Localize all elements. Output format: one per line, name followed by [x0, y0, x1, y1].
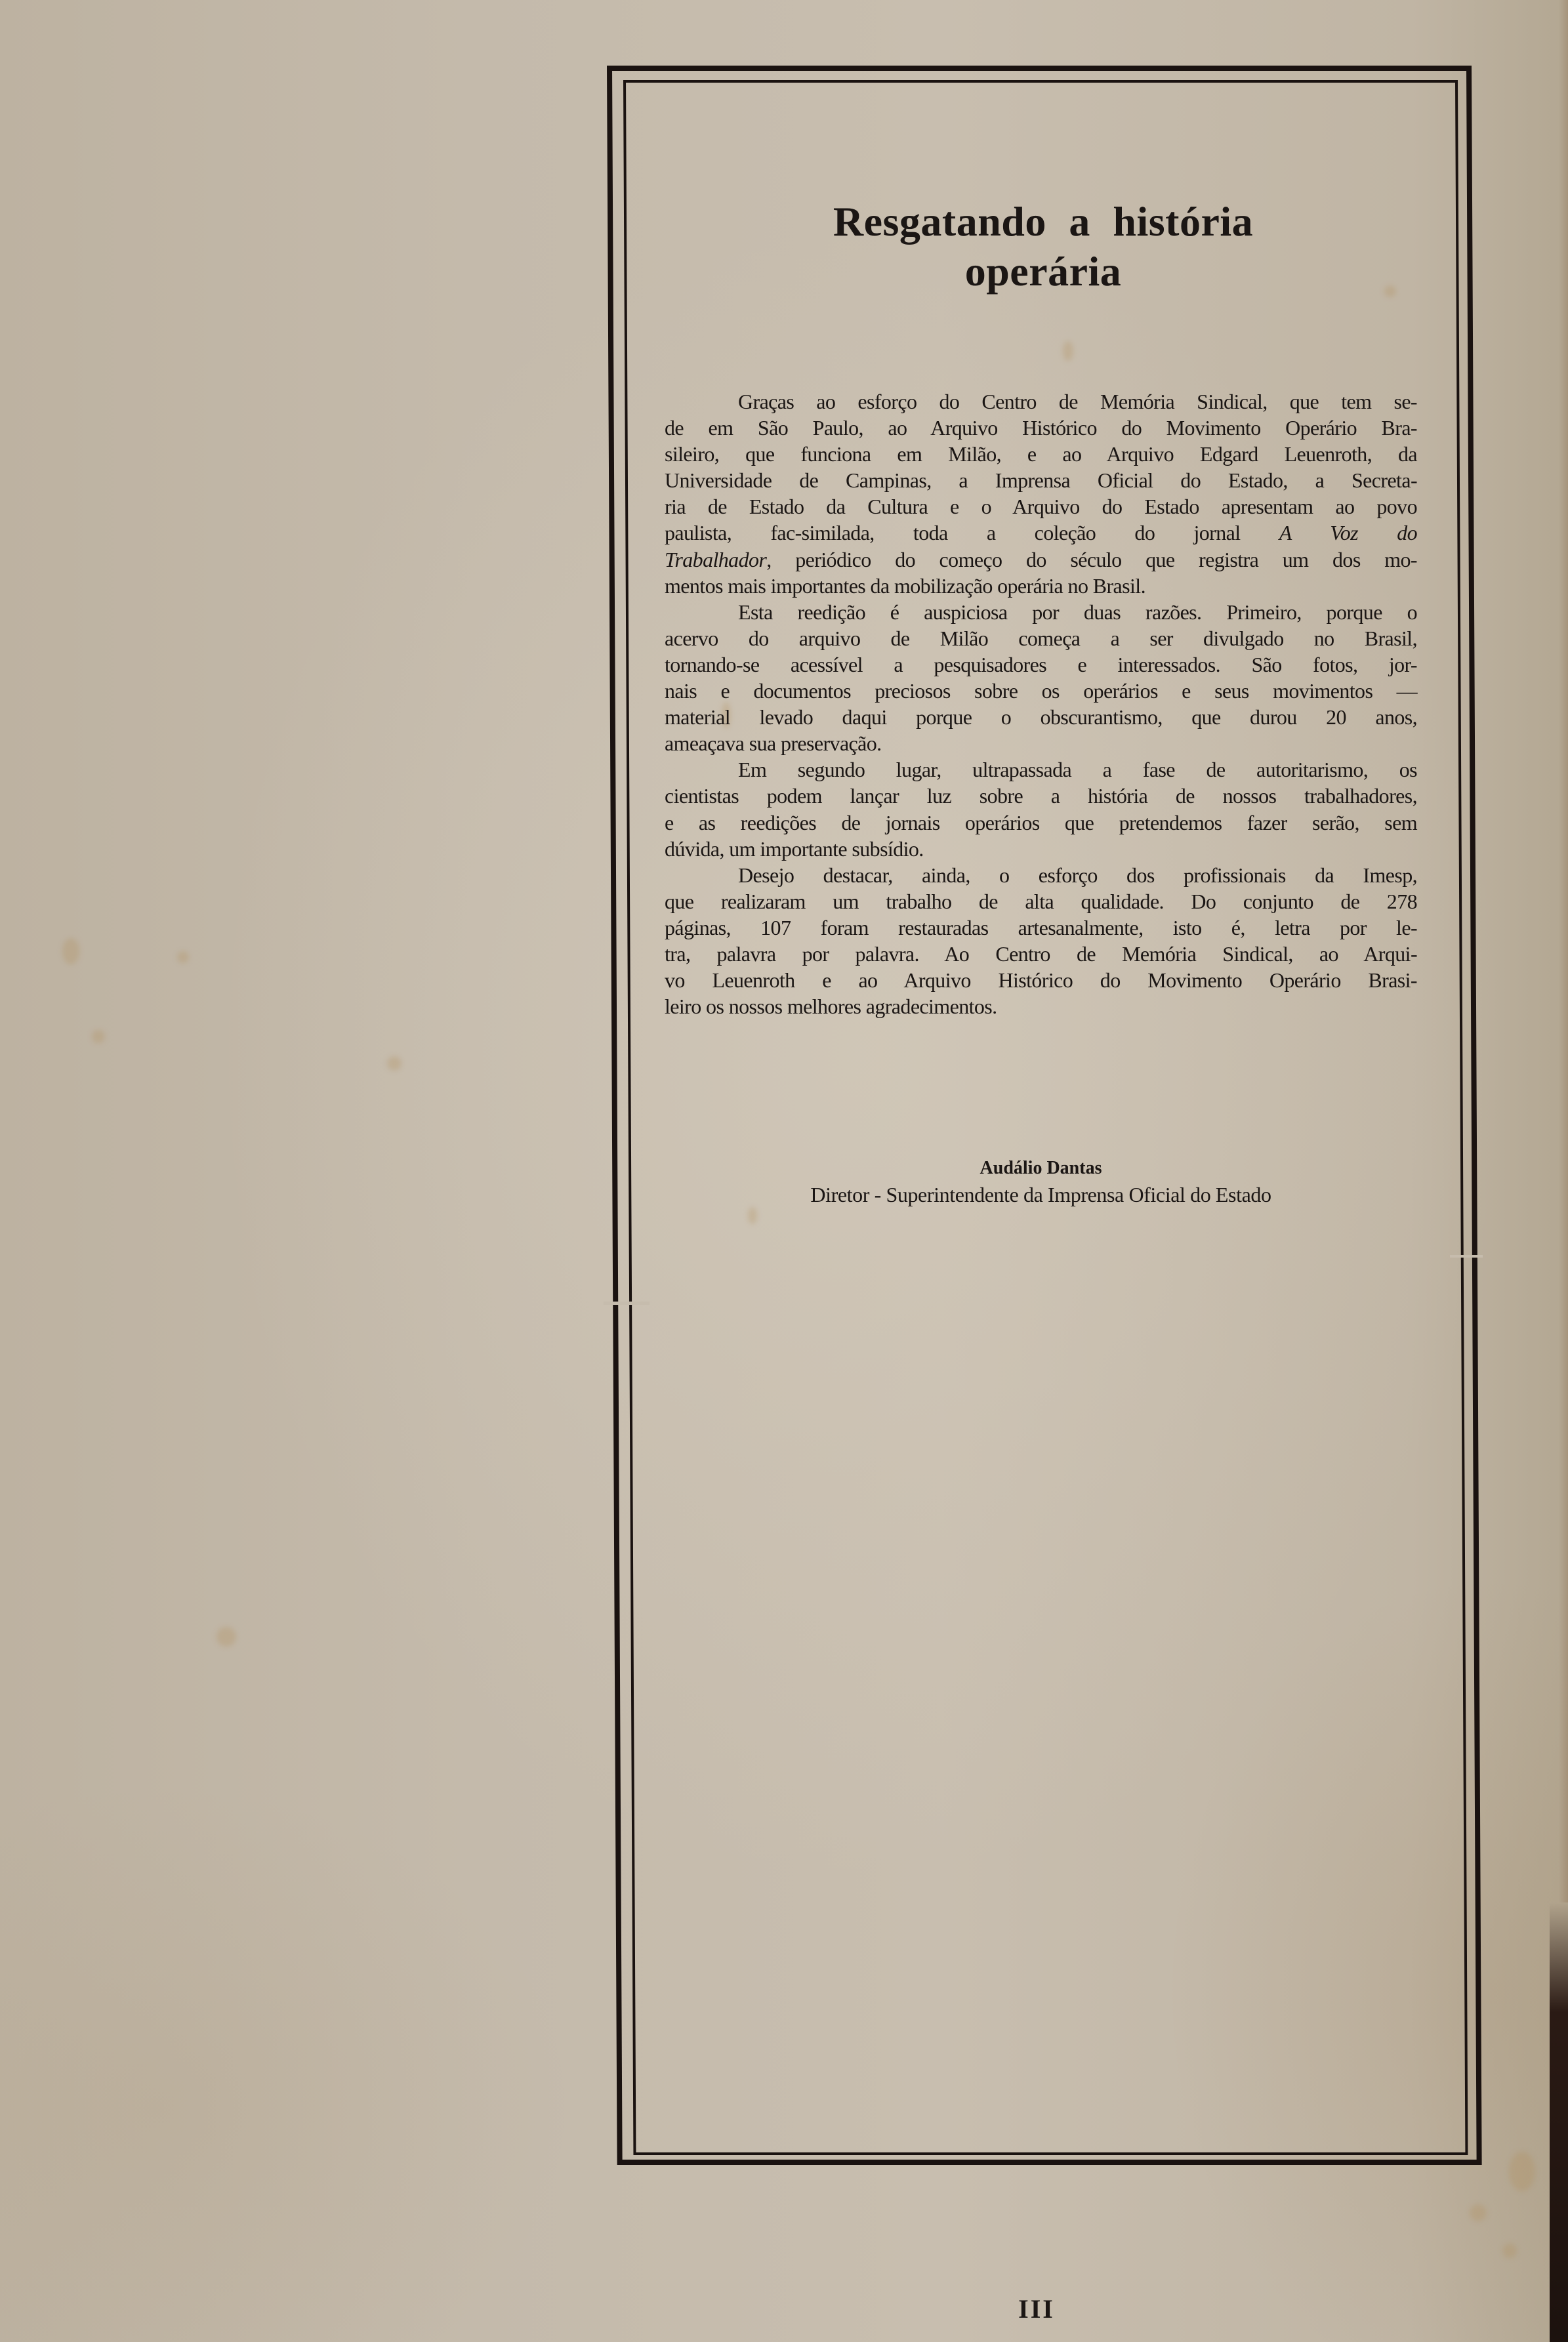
- body-line-text: , periódico do começo do século que regi…: [766, 548, 1417, 571]
- body-line: dúvida, um importante subsídio.: [665, 836, 1417, 862]
- frame-gap-right: [1450, 1255, 1483, 1258]
- foxing-spot: [217, 1627, 236, 1647]
- newspaper-name-italic: Trabalhador: [665, 548, 766, 571]
- body-line: tornando-se acessível a pesquisadores e …: [665, 651, 1417, 678]
- body-line: mentos mais importantes da mobilização o…: [665, 573, 1417, 599]
- body-line: Desejo destacar, ainda, o esforço dos pr…: [665, 862, 1417, 888]
- body-line: nais e documentos preciosos sobre os ope…: [665, 678, 1417, 704]
- foxing-spot: [177, 951, 189, 963]
- foxing-spot: [1502, 2244, 1517, 2258]
- page-number: III: [971, 2296, 1102, 2322]
- frame-gap-left: [604, 1302, 650, 1305]
- author-name: Audálio Dantas: [665, 1156, 1417, 1181]
- body-line: que realizaram um trabalho de alta quali…: [665, 888, 1417, 914]
- body-line: ria de Estado da Cultura e o Arquivo do …: [665, 493, 1417, 520]
- page-edge-shadow: [1559, 0, 1568, 1902]
- body-line: Esta reedição é auspiciosa por duas razõ…: [665, 599, 1417, 625]
- body-line: Universidade de Campinas, a Imprensa Ofi…: [665, 467, 1417, 493]
- title-line-1: Resgatando a história: [669, 197, 1417, 247]
- signature-block: Audálio Dantas Diretor - Superintendente…: [665, 1156, 1417, 1208]
- body-line: ameaçava sua preservação.: [665, 730, 1417, 756]
- body-line: Graças ao esforço do Centro de Memória S…: [665, 388, 1417, 415]
- newspaper-name-italic: A Voz do: [1279, 521, 1417, 544]
- article-title: Resgatando a história operária: [669, 197, 1417, 297]
- body-line: acervo do arquivo de Milão começa a ser …: [665, 625, 1417, 651]
- body-line: sileiro, que funciona em Milão, e ao Arq…: [665, 441, 1417, 467]
- body-line: e as reedições de jornais operários que …: [665, 810, 1417, 836]
- foxing-spot: [387, 1056, 402, 1071]
- body-line: material levado daqui porque o obscurant…: [665, 704, 1417, 730]
- body-line-with-italic: Trabalhador, periódico do começo do sécu…: [665, 546, 1417, 573]
- body-line: cientistas podem lançar luz sobre a hist…: [665, 783, 1417, 809]
- foxing-spot: [62, 938, 79, 964]
- body-line-with-italic: paulista, fac-similada, toda a coleção d…: [665, 520, 1417, 546]
- body-line: Em segundo lugar, ultrapassada a fase de…: [665, 756, 1417, 783]
- foxing-spot: [92, 1030, 105, 1043]
- body-line: tra, palavra por palavra. Ao Centro de M…: [665, 941, 1417, 967]
- body-line: de em São Paulo, ao Arquivo Histórico do…: [665, 415, 1417, 441]
- article-body: Graças ao esforço do Centro de Memória S…: [665, 388, 1417, 1019]
- author-title: Diretor - Superintendente da Imprensa Of…: [665, 1181, 1417, 1208]
- title-line-2: operária: [669, 247, 1417, 297]
- body-line: páginas, 107 foram restauradas artesanal…: [665, 914, 1417, 941]
- body-line: vo Leuenroth e ao Arquivo Histórico do M…: [665, 967, 1417, 993]
- body-line: leiro os nossos melhores agradecimentos.: [665, 993, 1417, 1019]
- page-edge-dark: [1550, 1902, 1568, 2342]
- foxing-spot: [1470, 2204, 1487, 2221]
- foxing-spot: [1509, 2152, 1535, 2191]
- body-line-text: paulista, fac-similada, toda a coleção d…: [665, 521, 1240, 544]
